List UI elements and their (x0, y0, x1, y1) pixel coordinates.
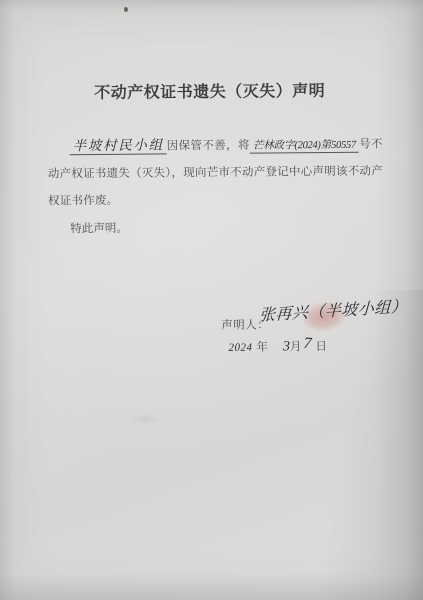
day-label: 日 (315, 341, 327, 353)
closing-statement: 特此声明。 (48, 216, 128, 244)
handwritten-day: 7 (303, 335, 312, 353)
handwritten-signature: 张再兴（半坡小组） (259, 293, 420, 326)
document-photo: 不动产权证书遗失（灭失）声明 半坡村民小组因保管不善，将芒林政字(2024)第5… (0, 0, 423, 600)
month-label: 月 (290, 341, 302, 353)
fill-certificate-number: 芒林政字(2024)第50557 (250, 140, 359, 154)
body-segment-1: 因保管不善，将 (167, 140, 250, 153)
date-line: 2024年3月7日 (228, 337, 327, 356)
paper-sheet: 不动产权证书遗失（灭失）声明 半坡村民小组因保管不善，将芒林政字(2024)第5… (0, 0, 423, 600)
declaration-paragraph: 半坡村民小组因保管不善，将芒林政字(2024)第50557号不动产权证书遗失（灭… (48, 130, 384, 216)
year-label: 年 (256, 342, 268, 354)
document-title: 不动产权证书遗失（灭失）声明 (0, 77, 421, 104)
handwritten-year: 2024 (228, 342, 252, 354)
fill-declarant-name: 半坡村民小组 (70, 137, 167, 155)
